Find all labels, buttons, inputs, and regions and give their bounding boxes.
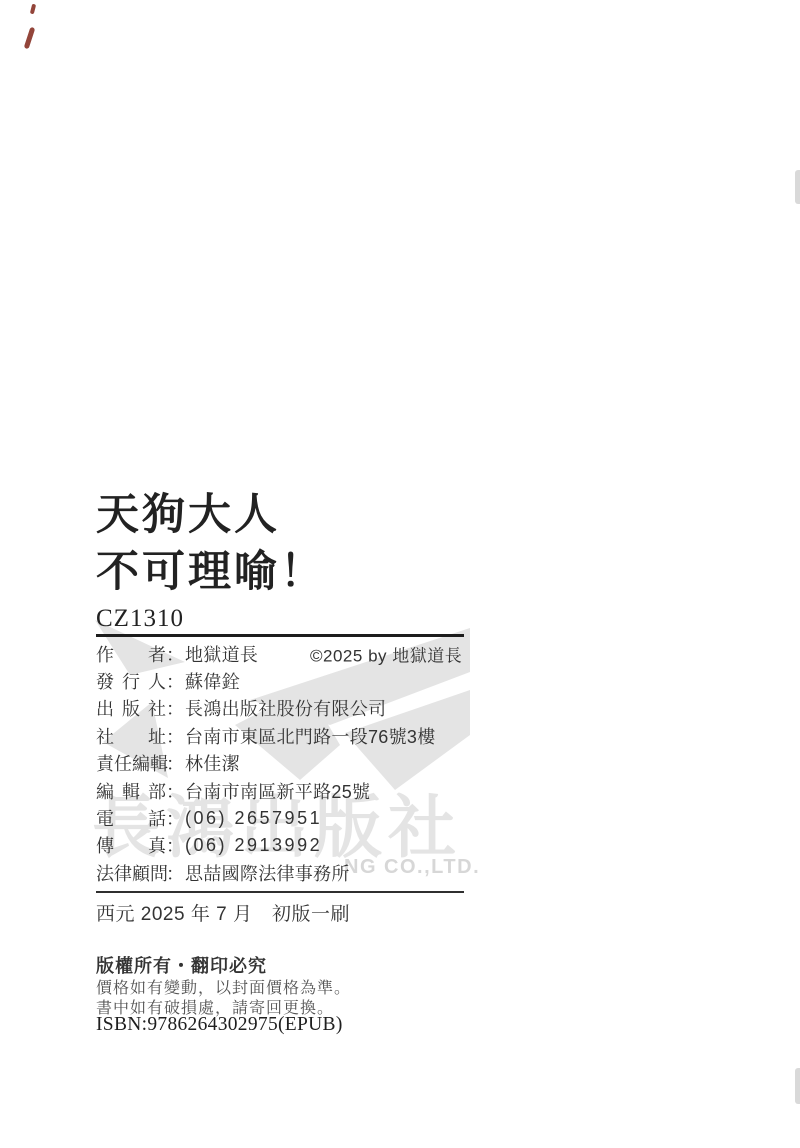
- colophon-label: 責任編輯: [96, 750, 166, 776]
- page-edge-mark-bottom: [795, 1068, 800, 1104]
- edition-line: 西元 2025 年 7 月 初版一刷: [96, 899, 350, 926]
- colophon-value: 長鴻出版社股份有限公司: [185, 695, 386, 721]
- colophon-colon: ：: [166, 641, 185, 667]
- book-title: 天狗大人 不可理喻！: [96, 487, 326, 601]
- colophon-colon: ：: [166, 695, 185, 721]
- colophon-value: 台南市東區北門路一段76號3樓: [185, 723, 436, 749]
- colophon-row: 法律顧問 ： 思喆國際法律事務所: [96, 859, 464, 886]
- colophon-label: 傳真: [96, 832, 166, 858]
- page-edge-mark-top: [795, 170, 800, 204]
- colophon-label: 電話: [96, 805, 166, 831]
- colophon-colon: ：: [166, 723, 185, 749]
- book-title-line2: 不可理喻！: [96, 544, 326, 601]
- copyright-year-note: ©2025 by 地獄道長: [310, 641, 462, 666]
- book-code: CZ1310: [96, 605, 184, 633]
- colophon-label: 法律顧問: [96, 860, 166, 886]
- colophon-colon: ：: [166, 750, 185, 776]
- colophon-value: (06) 2913992: [185, 835, 322, 856]
- colophon-table: 作者 ： 地獄道長 ©2025 by 地獄道長 發行人 ： 蘇偉銓 出版社 ： …: [96, 640, 464, 887]
- colophon-row: 傳真 ： (06) 2913992: [96, 832, 464, 859]
- colophon-label: 出版社: [96, 695, 166, 721]
- colophon-row: 編輯部 ： 台南市南區新平路25號: [96, 777, 464, 804]
- colophon-colon: ：: [166, 832, 185, 858]
- colophon-row: 責任編輯 ： 林佳潔: [96, 750, 464, 777]
- colophon-label: 發行人: [96, 668, 166, 694]
- colophon-value: (06) 2657951: [185, 808, 322, 829]
- colophon-row: 作者 ： 地獄道長 ©2025 by 地獄道長: [96, 640, 464, 667]
- colophon-value: 林佳潔: [185, 750, 240, 776]
- colophon-row: 電話 ： (06) 2657951: [96, 804, 464, 831]
- divider-thick: [96, 634, 464, 637]
- colophon-row: 出版社 ： 長鴻出版社股份有限公司: [96, 695, 464, 722]
- colophon-row: 社址 ： 台南市東區北門路一段76號3樓: [96, 722, 464, 749]
- colophon-value: 蘇偉銓: [185, 668, 240, 694]
- colophon-colon: ：: [166, 778, 185, 804]
- colophon-row: 發行人 ： 蘇偉銓: [96, 667, 464, 694]
- colophon-value: 台南市南區新平路25號: [185, 778, 370, 804]
- colophon-content: 天狗大人 不可理喻！ CZ1310 作者 ： 地獄道長 ©2025 by 地獄道…: [0, 0, 800, 1148]
- colophon-label: 社址: [96, 723, 166, 749]
- colophon-value: 地獄道長: [185, 641, 258, 667]
- book-title-line1: 天狗大人: [96, 487, 326, 544]
- colophon-value: 思喆國際法律事務所: [185, 860, 350, 886]
- isbn-line: ISBN:9786264302975(EPUB): [96, 1014, 343, 1036]
- colophon-label: 編輯部: [96, 778, 166, 804]
- colophon-page: 長鴻出版社 NG CO.,LTD. 天狗大人 不可理喻！ CZ1310 作者 ：…: [0, 0, 800, 1148]
- colophon-colon: ：: [166, 805, 185, 831]
- colophon-colon: ：: [166, 668, 185, 694]
- divider-thin: [96, 891, 464, 893]
- colophon-colon: ：: [166, 860, 185, 886]
- colophon-label: 作者: [96, 641, 166, 667]
